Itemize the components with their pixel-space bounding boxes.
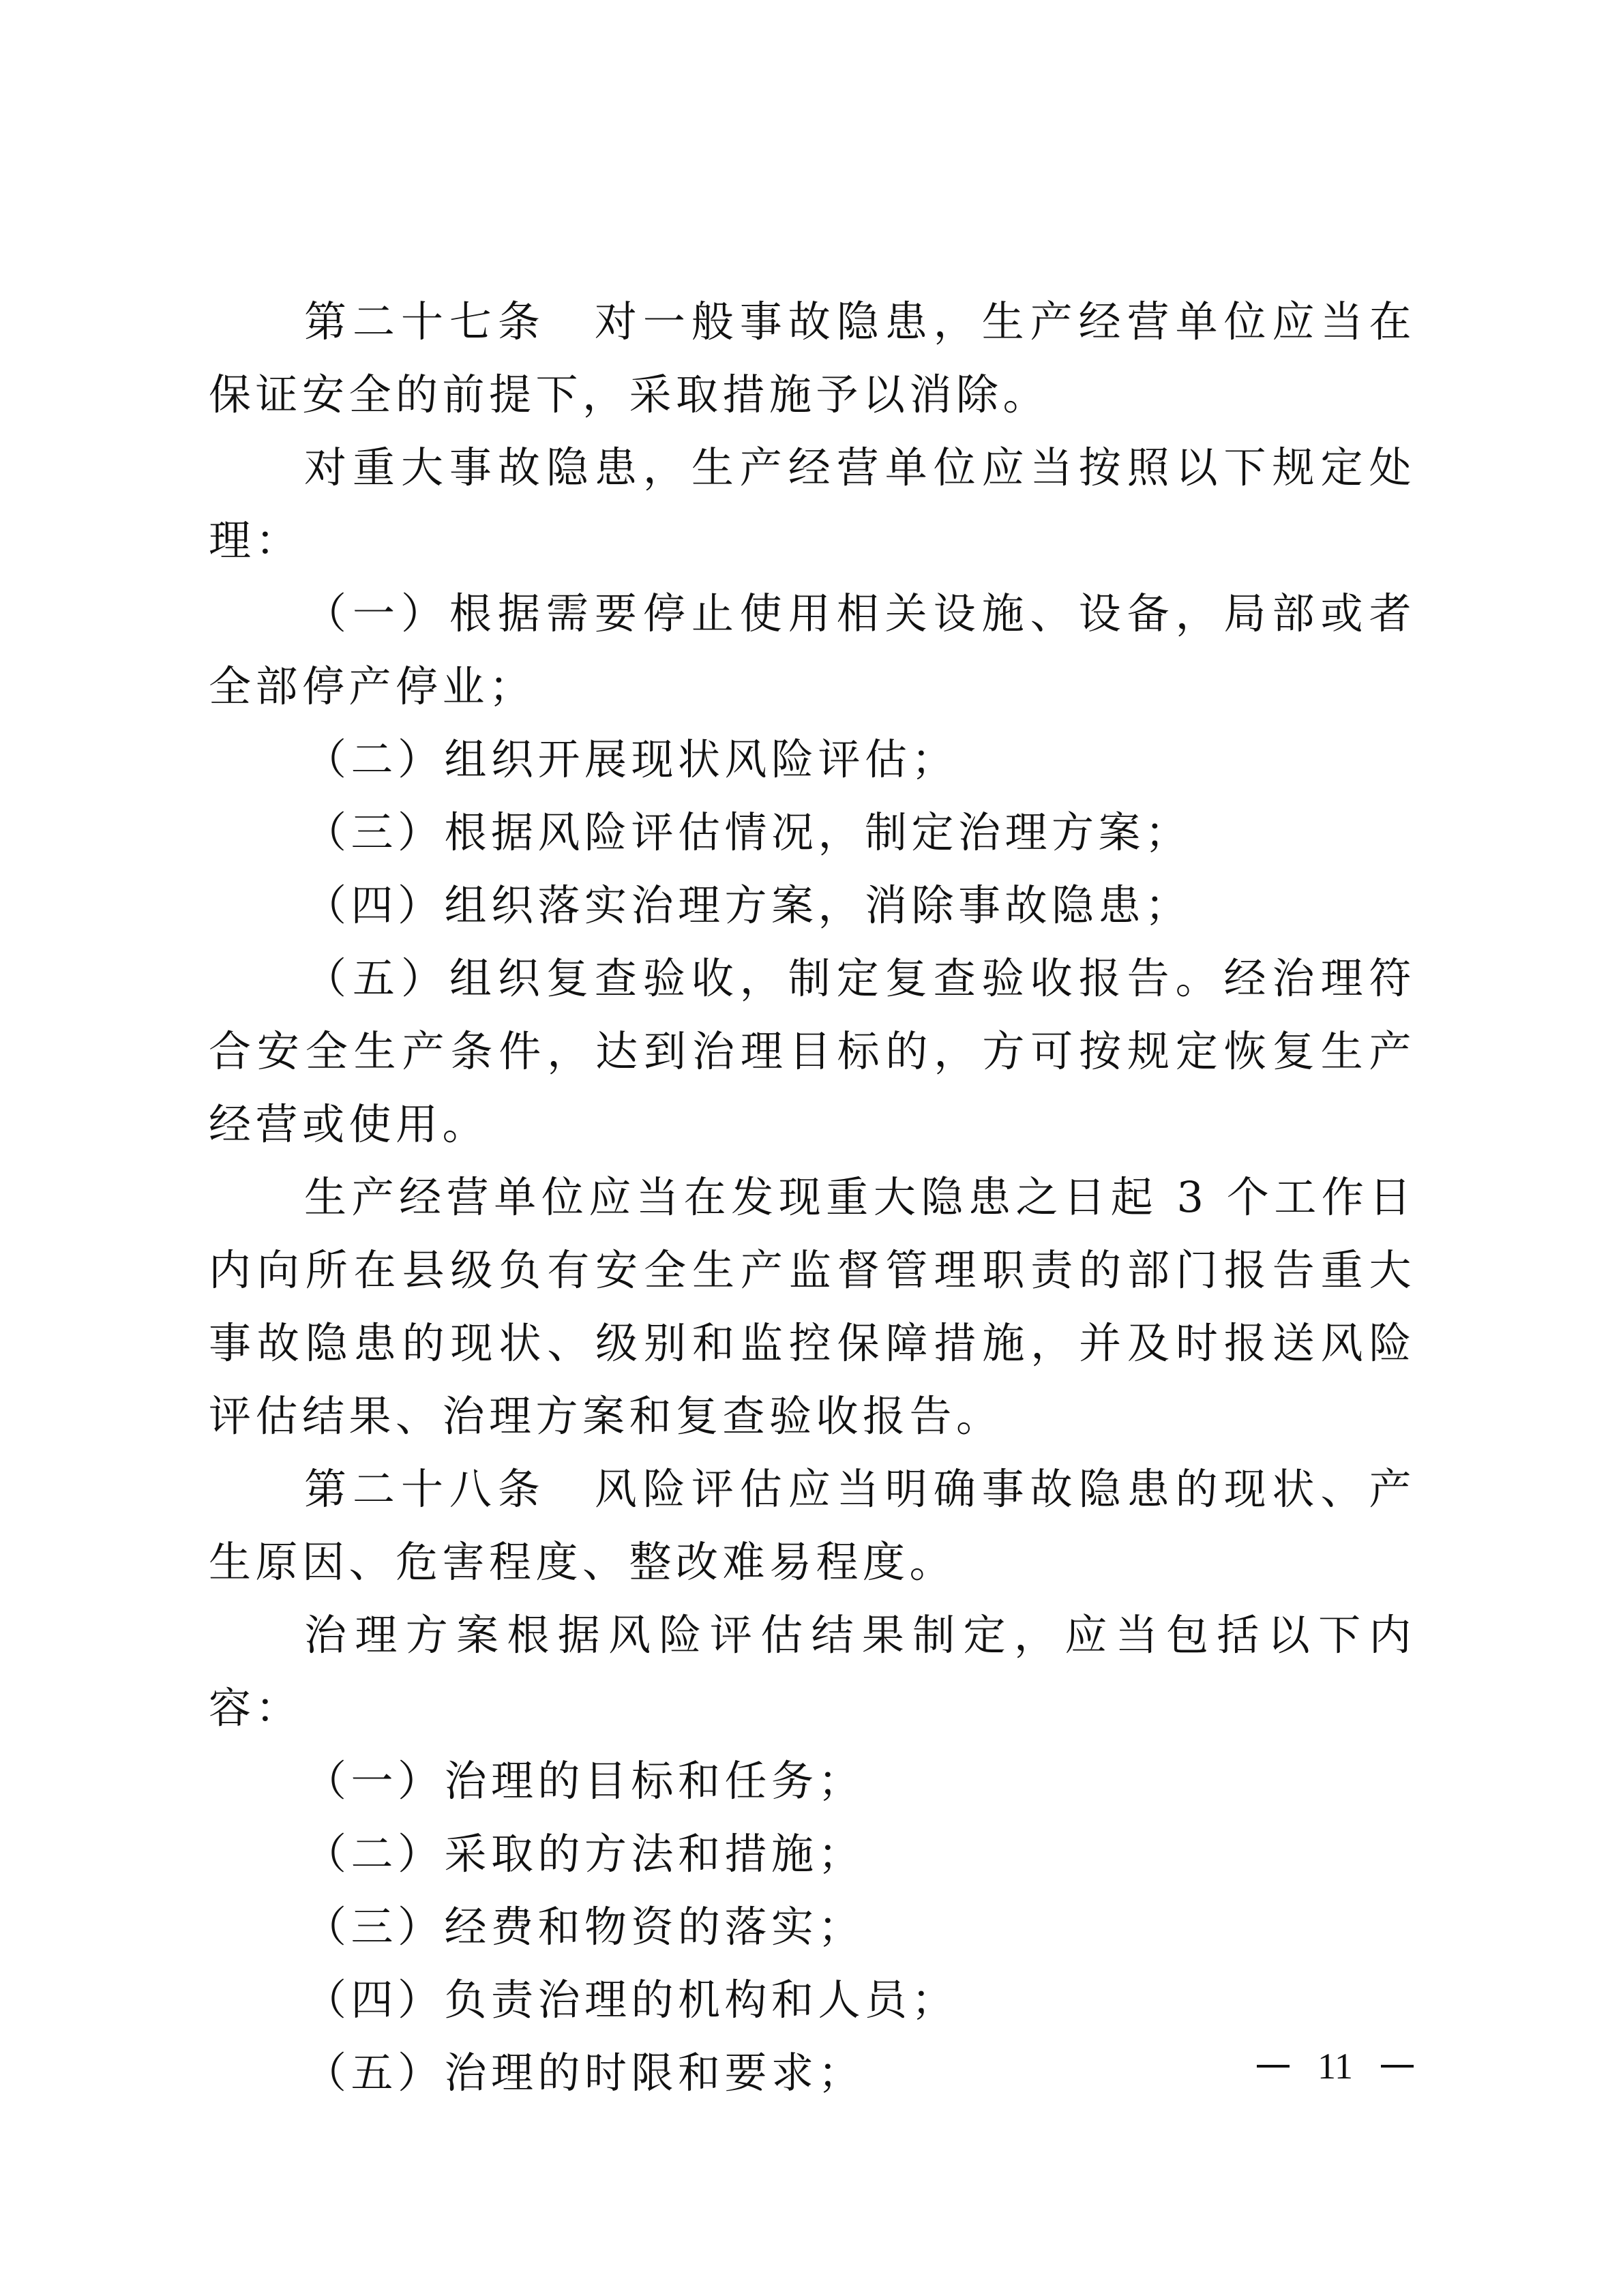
major-hazard-intro-paragraph: 对重大事故隐患，生产经营单位应当按照以下规定处理： [209,431,1416,577]
plan-item-5: （五）治理的时限和要求； [209,2036,1416,2109]
article-28: 第二十八条 风险评估应当明确事故隐患的现状、产生原因、危害程度、整改难易程度。 [209,1452,1416,1598]
plan-item-3: （三）经费和物资的落实； [209,1890,1416,1963]
page-number: 11 [1317,2046,1353,2087]
list-item-2: （二）组织开展现状风险评估； [209,723,1416,796]
dash-right [1381,2065,1414,2068]
plan-item-2: （二）采取的方法和措施； [209,1817,1416,1890]
dash-left [1257,2065,1290,2068]
plan-item-1: （一）治理的目标和任务； [209,1744,1416,1817]
reporting-paragraph: 生产经营单位应当在发现重大隐患之日起 3 个工作日内向所在县级负有安全生产监督管… [209,1161,1416,1452]
list-item-1: （一）根据需要停止使用相关设施、设备，局部或者全部停产停业； [209,577,1416,723]
list-item-3: （三）根据风险评估情况，制定治理方案； [209,796,1416,869]
plan-item-4: （四）负责治理的机构和人员； [209,1963,1416,2036]
list-item-4: （四）组织落实治理方案，消除事故隐患； [209,869,1416,942]
remediation-plan-intro-paragraph: 治理方案根据风险评估结果制定，应当包括以下内容： [209,1598,1416,1744]
document-page: 第二十七条 对一般事故隐患，生产经营单位应当在保证安全的前提下，采取措施予以消除… [0,0,1623,2296]
document-body: 第二十七条 对一般事故隐患，生产经营单位应当在保证安全的前提下，采取措施予以消除… [209,285,1416,2109]
list-item-5: （五）组织复查验收，制定复查验收报告。经治理符合安全生产条件，达到治理目标的，方… [209,942,1416,1161]
page-number-footer: 11 [1257,2046,1414,2087]
article-27: 第二十七条 对一般事故隐患，生产经营单位应当在保证安全的前提下，采取措施予以消除… [209,285,1416,431]
